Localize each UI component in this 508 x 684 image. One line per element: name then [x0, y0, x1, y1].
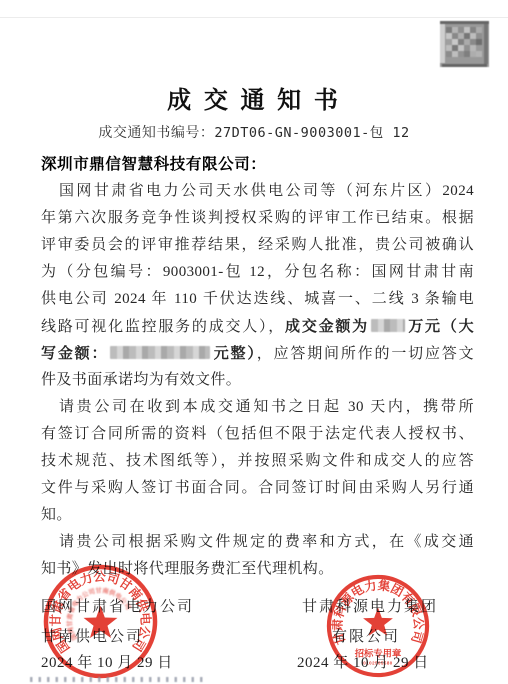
body-line: 请贵公司根据采购文件规定的费率和方式，在《成交通 — [41, 529, 474, 556]
addressee: 深圳市鼎信智慧科技有限公司： — [41, 151, 474, 178]
seal-right-serial-number: 0102505580 — [363, 660, 392, 665]
body-line: 技术规范、技术图纸等），并按照采购文件和成交人的应答 — [41, 448, 474, 475]
notice-number-line: 成交通知书编号：27DT06-GN-9003001-包 12 — [0, 121, 508, 142]
body-line: 件及书面承诺均为有效文件。 — [41, 367, 474, 394]
text-segment: 技术规范、技术图纸等），并按照采购文件和成交人的应答 — [41, 453, 474, 469]
text-segment: 知。 — [41, 507, 72, 523]
document-title: 成 交 通 知 书 — [0, 80, 508, 115]
body-paragraphs: 国网甘肃省电力公司天水供电公司等（河东片区）2024年第六次服务竞争性谈判授权采… — [41, 178, 474, 583]
body-line: 为（分包编号：9003001-包 12，分包名称：国网甘肃甘南 — [41, 259, 474, 286]
text-segment: 请贵公司根据采购文件规定的费率和方式，在《成交通 — [59, 534, 474, 550]
text-segment: 请贵公司在收到本成交通知书之日起 30 天内，携带所 — [59, 399, 474, 415]
body-line: 线路可视化监控服务的成交人），成交金额为万元（大 — [41, 313, 474, 340]
body-text: 深圳市鼎信智慧科技有限公司： 国网甘肃省电力公司天水供电公司等（河东片区）202… — [41, 151, 474, 583]
notice-number-value: 27DT06-GN-9003001-包 12 — [214, 125, 409, 141]
body-line: 评审委员会的评审推荐结果，经采购人批准，贵公司被确认 — [41, 232, 474, 259]
seal-left-star-icon — [84, 606, 118, 638]
text-segment: 有签订合同所需的资料（包括但不限于法定代表人授权书、 — [41, 426, 474, 442]
text-segment: 为（分包编号：9003001-包 12，分包名称：国网甘肃甘南 — [41, 264, 474, 280]
body-line: 文件与采购人签订书面合同。合同签订时间由采购人另行通 — [41, 475, 474, 502]
body-line: 知。 — [41, 502, 474, 529]
notice-number-label: 成交通知书编号： — [98, 126, 214, 141]
body-line: 国网甘肃省电力公司天水供电公司等（河东片区）2024 — [41, 178, 474, 205]
document-page: 成 交 通 知 书 成交通知书编号：27DT06-GN-9003001-包 12… — [0, 0, 508, 684]
body-line: 供电公司 2024 年 110 千伏达迭线、城喜一、二线 3 条输电 — [41, 286, 474, 313]
text-segment: 评审委员会的评审推荐结果，经采购人批准，贵公司被确认 — [41, 237, 474, 253]
text-segment: 线路可视化监控服务的成交人）， — [41, 319, 285, 335]
body-line: 请贵公司在收到本成交通知书之日起 30 天内，携带所 — [41, 394, 474, 421]
cutoff-text-line — [30, 677, 208, 682]
body-line: 写金额：元整），应答期间所作的一切应答文 — [41, 340, 474, 367]
seal-right-star-icon — [363, 607, 393, 635]
text-segment: 写金额： — [41, 345, 108, 362]
text-segment: 供电公司 2024 年 110 千伏达迭线、城喜一、二线 3 条输电 — [41, 291, 474, 307]
qr-code-blurred — [440, 21, 489, 67]
seal-left-stamp: 国网甘肃省电力公司甘南供电公司 国网甘肃省电力公司甘南供电公司 — [41, 562, 160, 681]
text-segment: 件及书面承诺均为有效文件。 — [41, 372, 241, 388]
text-segment: 文件与采购人签订书面合同。合同签订时间由采购人另行通 — [41, 480, 474, 496]
body-line: 年第六次服务竞争性谈判授权采购的评审工作已结束。根据 — [41, 205, 474, 232]
text-segment: 年第六次服务竞争性谈判授权采购的评审工作已结束。根据 — [41, 210, 474, 226]
page-edge-line — [0, 17, 508, 18]
seal-right-label-text: 招标专用章 — [354, 647, 402, 658]
seal-right-stamp: 甘肃科源电力集团有限公司 招标专用章 0102505580 — [324, 572, 432, 680]
text-segment: 国网甘肃省电力公司天水供电公司等（河东片区）2024 — [59, 183, 474, 199]
text-segment: 成交金额为 — [285, 318, 369, 335]
text-segment: ，应答期间所作的一切应答文 — [257, 346, 474, 362]
redacted-amount-figures — [371, 319, 405, 332]
redacted-amount-words — [110, 346, 210, 359]
text-segment: 万元（大 — [407, 318, 474, 335]
body-line: 有签订合同所需的资料（包括但不限于法定代表人授权书、 — [41, 421, 474, 448]
text-segment: 元整） — [212, 345, 256, 362]
